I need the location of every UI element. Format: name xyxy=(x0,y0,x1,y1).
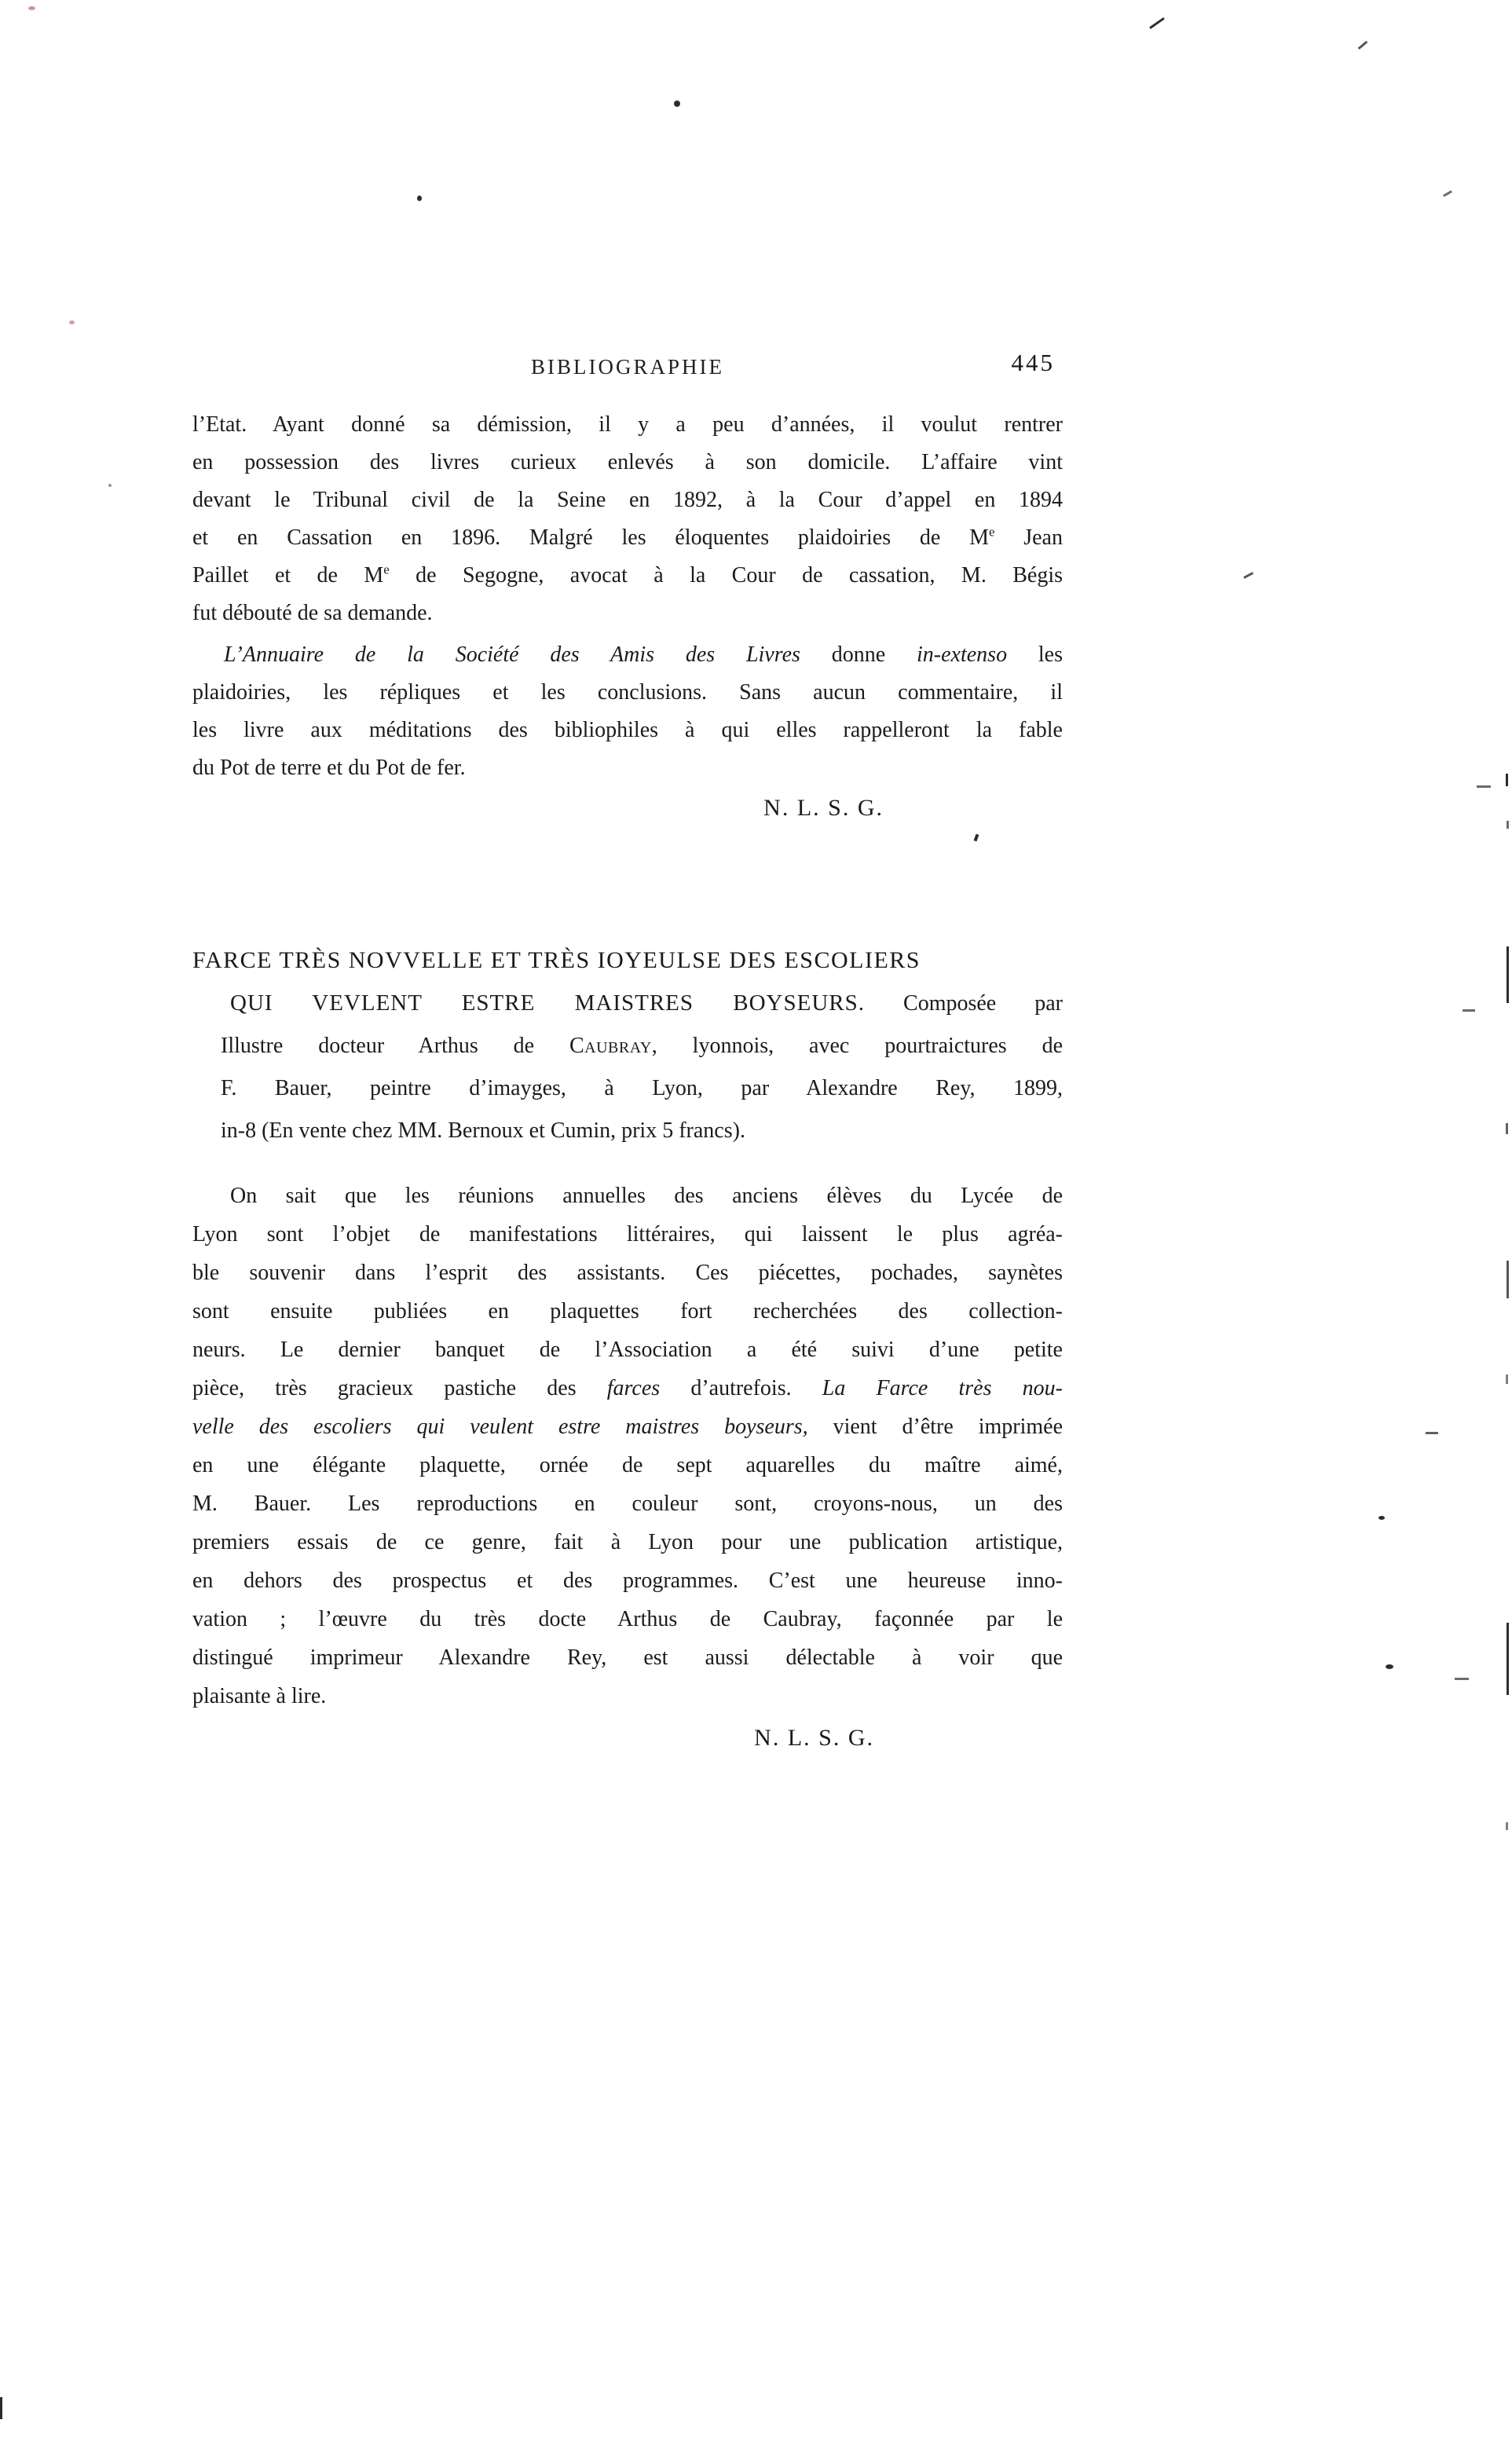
text-line: On sait que les réunions annuelles des a… xyxy=(192,1177,1063,1215)
scan-speck xyxy=(108,484,112,487)
scan-speck xyxy=(974,834,979,842)
text-line: velle des escoliers qui veulent estre ma… xyxy=(192,1408,1063,1446)
text-segment: vient d’être imprimée xyxy=(808,1415,1063,1439)
paragraph-review: On sait que les réunions annuelles des a… xyxy=(192,1177,1063,1715)
text-line: en une élégante plaquette, ornée de sept… xyxy=(192,1446,1063,1484)
text-segment: Composée par xyxy=(865,991,1063,1016)
scan-edge-artifact xyxy=(1455,1678,1469,1680)
paragraph-annuaire: L’Annuaire de la Société des Amis des Li… xyxy=(192,636,1063,787)
signature-initials: N. L. S. G. xyxy=(192,1725,874,1752)
text-line: Paillet et de Me de Segogne, avocat à la… xyxy=(192,557,1063,595)
scan-edge-artifact xyxy=(1477,785,1491,788)
text-line: vation ; l’œuvre du très docte Arthus de… xyxy=(192,1600,1063,1638)
text-segment: les xyxy=(1007,642,1063,667)
scan-speck xyxy=(1358,41,1368,49)
text-segment: Jean xyxy=(994,525,1063,550)
italic-segment: La Farce très nou- xyxy=(822,1376,1063,1400)
italic-segment: L’Annuaire de la Société des Amis des Li… xyxy=(224,642,800,667)
scan-speck xyxy=(1149,17,1165,29)
scan-edge-artifact xyxy=(0,2397,2,2419)
text-line: neurs. Le dernier banquet de l’Associati… xyxy=(192,1331,1063,1369)
text-line: plaisante à lire. xyxy=(192,1677,1063,1715)
scan-edge-artifact xyxy=(1506,1822,1508,1830)
scan-speck xyxy=(28,6,35,10)
text-line: sont ensuite publiées en plaquettes fort… xyxy=(192,1292,1063,1331)
scan-speck xyxy=(1243,572,1254,579)
scan-edge-artifact xyxy=(1507,821,1509,829)
scan-edge-artifact xyxy=(1506,774,1508,786)
scan-speck xyxy=(1426,1432,1438,1434)
text-line: ble souvenir dans l’esprit des assistant… xyxy=(192,1254,1063,1292)
text-line: l’Etat. Ayant donné sa démission, il y a… xyxy=(192,406,1063,444)
scan-speck xyxy=(1443,190,1452,197)
text-line: devant le Tribunal civil de la Seine en … xyxy=(192,481,1063,519)
scan-edge-artifact xyxy=(1506,1123,1508,1134)
text-line: Lyon sont l’objet de manifestations litt… xyxy=(192,1215,1063,1254)
text-line: in-8 (En vente chez MM. Bernoux et Cumin… xyxy=(192,1110,1063,1152)
bibliographic-entry-heading: FARCE TRÈS NOVVELLE ET TRÈS IOYEULSE DES… xyxy=(192,939,1063,1152)
caps-segment: QUI VEVLENT ESTRE MAISTRES BOYSEURS. xyxy=(230,990,865,1016)
text-segment: d’autrefois. xyxy=(660,1376,822,1400)
text-segment: et en Cassation en 1896. Malgré les éloq… xyxy=(192,525,989,550)
scan-speck xyxy=(674,101,680,107)
text-segment: Illustre docteur Arthus de xyxy=(221,1034,569,1058)
italic-segment: in-extenso xyxy=(917,642,1007,667)
text-line: L’Annuaire de la Société des Amis des Li… xyxy=(192,636,1063,674)
text-line: et en Cassation en 1896. Malgré les éloq… xyxy=(192,519,1063,557)
scan-edge-artifact xyxy=(1507,946,1509,1003)
entry-title-line: FARCE TRÈS NOVVELLE ET TRÈS IOYEULSE DES… xyxy=(192,939,1063,982)
scan-edge-artifact xyxy=(1506,1375,1508,1384)
paragraph-begis-case: l’Etat. Ayant donné sa démission, il y a… xyxy=(192,406,1063,632)
scan-edge-artifact xyxy=(1507,1623,1509,1695)
text-segment: de Segogne, avocat à la Cour de cassatio… xyxy=(390,563,1063,588)
text-line: les livre aux méditations des bibliophil… xyxy=(192,712,1063,749)
text-line: en possession des livres curieux enlevés… xyxy=(192,444,1063,481)
scan-speck xyxy=(417,196,422,201)
italic-segment: farces xyxy=(607,1376,660,1400)
text-line: du Pot de terre et du Pot de fer. xyxy=(192,749,1063,787)
scan-edge-artifact xyxy=(1507,1261,1509,1298)
page-header: BIBLIOGRAPHIE 445 xyxy=(192,355,1063,394)
text-line: distingué imprimeur Alexandre Rey, est a… xyxy=(192,1638,1063,1677)
smallcaps-segment: Caubray xyxy=(569,1034,652,1058)
signature-initials: N. L. S. G. xyxy=(192,795,884,822)
text-line: pièce, très gracieux pastiche des farces… xyxy=(192,1369,1063,1408)
scan-speck xyxy=(1378,1516,1385,1520)
italic-segment: velle des escoliers qui veulent estre ma… xyxy=(192,1415,808,1439)
running-title: BIBLIOGRAPHIE xyxy=(192,355,1063,379)
text-segment: Paillet et de M xyxy=(192,563,383,588)
text-line: F. Bauer, peintre d’imayges, à Lyon, par… xyxy=(192,1067,1063,1110)
text-line: M. Bauer. Les reproductions en couleur s… xyxy=(192,1484,1063,1523)
superscript-segment: e xyxy=(383,562,389,577)
scan-speck xyxy=(69,320,75,324)
text-segment: pièce, très gracieux pastiche des xyxy=(192,1376,607,1400)
text-segment: donne xyxy=(800,642,917,667)
entry-title-line: QUI VEVLENT ESTRE MAISTRES BOYSEURS. Com… xyxy=(192,982,1063,1025)
scan-edge-artifact xyxy=(1463,1009,1475,1012)
text-segment: , lyonnois, avec pourtraictures de xyxy=(652,1034,1063,1058)
page-number: 445 xyxy=(1012,349,1056,377)
scan-speck xyxy=(1386,1664,1393,1669)
text-line: premiers essais de ce genre, fait à Lyon… xyxy=(192,1523,1063,1561)
scanned-book-page: BIBLIOGRAPHIE 445 l’Etat. Ayant donné sa… xyxy=(0,0,1512,2460)
text-line: fut débouté de sa demande. xyxy=(192,595,1063,632)
text-line: plaidoiries, les répliques et les conclu… xyxy=(192,674,1063,712)
text-line: en dehors des prospectus et des programm… xyxy=(192,1561,1063,1600)
text-line: Illustre docteur Arthus de Caubray, lyon… xyxy=(192,1025,1063,1067)
